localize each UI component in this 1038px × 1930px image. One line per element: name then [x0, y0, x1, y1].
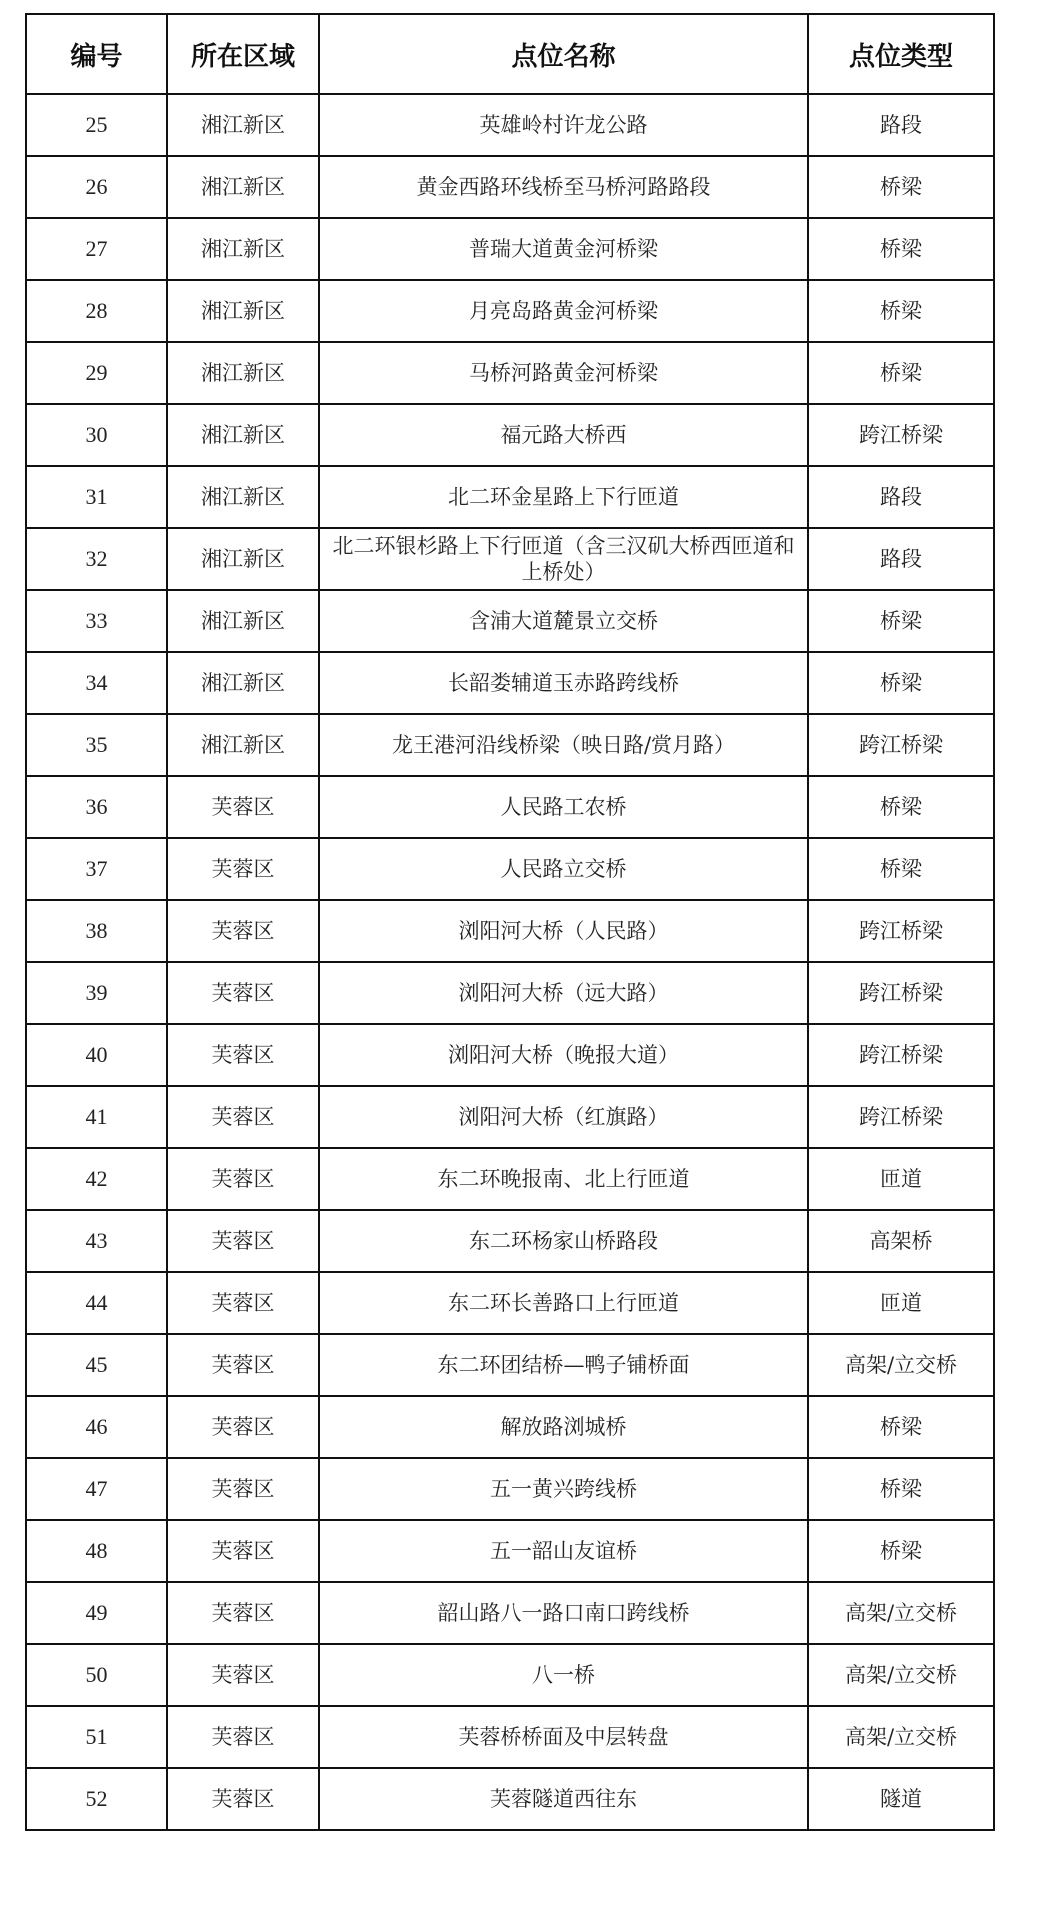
- cell-district: 芙蓉区: [167, 1396, 319, 1458]
- monitoring-points-table: 编号 所在区域 点位名称 点位类型 25湘江新区英雄岭村许龙公路路段26湘江新区…: [25, 13, 995, 1831]
- table-row: 38芙蓉区浏阳河大桥（人民路）跨江桥梁: [26, 900, 994, 962]
- table-row: 49芙蓉区韶山路八一路口南口跨线桥高架/立交桥: [26, 1582, 994, 1644]
- cell-id: 38: [26, 900, 167, 962]
- cell-district: 芙蓉区: [167, 838, 319, 900]
- cell-point-type: 桥梁: [808, 156, 994, 218]
- cell-point-name: 人民路立交桥: [319, 838, 808, 900]
- cell-district: 芙蓉区: [167, 900, 319, 962]
- cell-id: 49: [26, 1582, 167, 1644]
- cell-district: 湘江新区: [167, 280, 319, 342]
- cell-id: 43: [26, 1210, 167, 1272]
- cell-point-name: 北二环银杉路上下行匝道（含三汉矶大桥西匝道和上桥处）: [319, 528, 808, 590]
- cell-district: 芙蓉区: [167, 1520, 319, 1582]
- table-row: 35湘江新区龙王港河沿线桥梁（映日路/赏月路）跨江桥梁: [26, 714, 994, 776]
- table-row: 48芙蓉区五一韶山友谊桥桥梁: [26, 1520, 994, 1582]
- cell-point-name: 长韶娄辅道玉赤路跨线桥: [319, 652, 808, 714]
- cell-point-type: 高架/立交桥: [808, 1706, 994, 1768]
- table-row: 33湘江新区含浦大道麓景立交桥桥梁: [26, 590, 994, 652]
- header-point-name: 点位名称: [319, 14, 808, 94]
- cell-point-name: 浏阳河大桥（人民路）: [319, 900, 808, 962]
- cell-point-type: 桥梁: [808, 590, 994, 652]
- cell-district: 湘江新区: [167, 404, 319, 466]
- cell-point-type: 高架/立交桥: [808, 1644, 994, 1706]
- cell-id: 25: [26, 94, 167, 156]
- table-header: 编号 所在区域 点位名称 点位类型: [26, 14, 994, 94]
- cell-point-type: 跨江桥梁: [808, 714, 994, 776]
- cell-point-name: 浏阳河大桥（红旗路）: [319, 1086, 808, 1148]
- table-row: 44芙蓉区东二环长善路口上行匝道匝道: [26, 1272, 994, 1334]
- cell-id: 34: [26, 652, 167, 714]
- cell-point-name: 东二环团结桥—鸭子铺桥面: [319, 1334, 808, 1396]
- cell-point-name: 芙蓉桥桥面及中层转盘: [319, 1706, 808, 1768]
- table-row: 29湘江新区马桥河路黄金河桥梁桥梁: [26, 342, 994, 404]
- table-row: 50芙蓉区八一桥高架/立交桥: [26, 1644, 994, 1706]
- table-row: 52芙蓉区芙蓉隧道西往东隧道: [26, 1768, 994, 1830]
- table-row: 40芙蓉区浏阳河大桥（晚报大道）跨江桥梁: [26, 1024, 994, 1086]
- cell-point-type: 跨江桥梁: [808, 1086, 994, 1148]
- cell-id: 36: [26, 776, 167, 838]
- cell-point-name: 浏阳河大桥（晚报大道）: [319, 1024, 808, 1086]
- header-point-type: 点位类型: [808, 14, 994, 94]
- cell-id: 40: [26, 1024, 167, 1086]
- cell-district: 湘江新区: [167, 156, 319, 218]
- cell-point-type: 桥梁: [808, 776, 994, 838]
- table-row: 41芙蓉区浏阳河大桥（红旗路）跨江桥梁: [26, 1086, 994, 1148]
- cell-point-type: 跨江桥梁: [808, 962, 994, 1024]
- cell-point-type: 跨江桥梁: [808, 404, 994, 466]
- cell-id: 48: [26, 1520, 167, 1582]
- cell-point-name: 月亮岛路黄金河桥梁: [319, 280, 808, 342]
- cell-point-type: 桥梁: [808, 280, 994, 342]
- cell-district: 湘江新区: [167, 590, 319, 652]
- cell-district: 芙蓉区: [167, 1768, 319, 1830]
- table-row: 45芙蓉区东二环团结桥—鸭子铺桥面高架/立交桥: [26, 1334, 994, 1396]
- table-row: 31湘江新区北二环金星路上下行匝道路段: [26, 466, 994, 528]
- table-row: 36芙蓉区人民路工农桥桥梁: [26, 776, 994, 838]
- cell-district: 湘江新区: [167, 714, 319, 776]
- cell-point-name: 八一桥: [319, 1644, 808, 1706]
- cell-district: 芙蓉区: [167, 1644, 319, 1706]
- table-row: 25湘江新区英雄岭村许龙公路路段: [26, 94, 994, 156]
- cell-point-name: 五一黄兴跨线桥: [319, 1458, 808, 1520]
- table-row: 42芙蓉区东二环晚报南、北上行匝道匝道: [26, 1148, 994, 1210]
- cell-point-type: 桥梁: [808, 1458, 994, 1520]
- cell-point-name: 五一韶山友谊桥: [319, 1520, 808, 1582]
- header-row: 编号 所在区域 点位名称 点位类型: [26, 14, 994, 94]
- cell-point-name: 东二环长善路口上行匝道: [319, 1272, 808, 1334]
- cell-id: 47: [26, 1458, 167, 1520]
- cell-district: 湘江新区: [167, 528, 319, 590]
- cell-point-name: 普瑞大道黄金河桥梁: [319, 218, 808, 280]
- cell-point-type: 隧道: [808, 1768, 994, 1830]
- cell-id: 42: [26, 1148, 167, 1210]
- table-row: 51芙蓉区芙蓉桥桥面及中层转盘高架/立交桥: [26, 1706, 994, 1768]
- table-row: 47芙蓉区五一黄兴跨线桥桥梁: [26, 1458, 994, 1520]
- table-row: 43芙蓉区东二环杨家山桥路段高架桥: [26, 1210, 994, 1272]
- cell-point-name: 英雄岭村许龙公路: [319, 94, 808, 156]
- cell-point-name: 马桥河路黄金河桥梁: [319, 342, 808, 404]
- cell-id: 50: [26, 1644, 167, 1706]
- cell-point-type: 桥梁: [808, 652, 994, 714]
- cell-point-type: 匝道: [808, 1272, 994, 1334]
- cell-district: 芙蓉区: [167, 962, 319, 1024]
- cell-point-type: 高架/立交桥: [808, 1582, 994, 1644]
- table-row: 37芙蓉区人民路立交桥桥梁: [26, 838, 994, 900]
- cell-point-type: 路段: [808, 94, 994, 156]
- cell-id: 35: [26, 714, 167, 776]
- cell-district: 湘江新区: [167, 652, 319, 714]
- cell-id: 39: [26, 962, 167, 1024]
- cell-point-type: 桥梁: [808, 1396, 994, 1458]
- cell-district: 湘江新区: [167, 94, 319, 156]
- cell-point-name: 北二环金星路上下行匝道: [319, 466, 808, 528]
- cell-point-name: 福元路大桥西: [319, 404, 808, 466]
- cell-district: 芙蓉区: [167, 776, 319, 838]
- cell-id: 26: [26, 156, 167, 218]
- cell-district: 湘江新区: [167, 466, 319, 528]
- table-row: 30湘江新区福元路大桥西跨江桥梁: [26, 404, 994, 466]
- cell-point-name: 东二环杨家山桥路段: [319, 1210, 808, 1272]
- table-row: 26湘江新区黄金西路环线桥至马桥河路路段桥梁: [26, 156, 994, 218]
- cell-point-type: 跨江桥梁: [808, 1024, 994, 1086]
- cell-id: 46: [26, 1396, 167, 1458]
- table-row: 39芙蓉区浏阳河大桥（远大路）跨江桥梁: [26, 962, 994, 1024]
- cell-id: 44: [26, 1272, 167, 1334]
- cell-id: 45: [26, 1334, 167, 1396]
- cell-id: 33: [26, 590, 167, 652]
- cell-id: 28: [26, 280, 167, 342]
- table-row: 34湘江新区长韶娄辅道玉赤路跨线桥桥梁: [26, 652, 994, 714]
- cell-point-name: 解放路浏城桥: [319, 1396, 808, 1458]
- cell-district: 芙蓉区: [167, 1272, 319, 1334]
- cell-district: 芙蓉区: [167, 1334, 319, 1396]
- cell-id: 31: [26, 466, 167, 528]
- cell-id: 29: [26, 342, 167, 404]
- cell-point-name: 韶山路八一路口南口跨线桥: [319, 1582, 808, 1644]
- cell-district: 芙蓉区: [167, 1210, 319, 1272]
- cell-id: 32: [26, 528, 167, 590]
- cell-district: 芙蓉区: [167, 1086, 319, 1148]
- table-body: 25湘江新区英雄岭村许龙公路路段26湘江新区黄金西路环线桥至马桥河路路段桥梁27…: [26, 94, 994, 1830]
- cell-point-name: 浏阳河大桥（远大路）: [319, 962, 808, 1024]
- cell-district: 芙蓉区: [167, 1458, 319, 1520]
- cell-district: 湘江新区: [167, 218, 319, 280]
- cell-point-name: 含浦大道麓景立交桥: [319, 590, 808, 652]
- cell-district: 芙蓉区: [167, 1582, 319, 1644]
- cell-id: 30: [26, 404, 167, 466]
- cell-point-type: 高架桥: [808, 1210, 994, 1272]
- cell-point-name: 龙王港河沿线桥梁（映日路/赏月路）: [319, 714, 808, 776]
- cell-point-type: 桥梁: [808, 218, 994, 280]
- cell-id: 41: [26, 1086, 167, 1148]
- cell-point-type: 匝道: [808, 1148, 994, 1210]
- cell-id: 52: [26, 1768, 167, 1830]
- table-row: 28湘江新区月亮岛路黄金河桥梁桥梁: [26, 280, 994, 342]
- cell-point-name: 芙蓉隧道西往东: [319, 1768, 808, 1830]
- cell-id: 51: [26, 1706, 167, 1768]
- header-district: 所在区域: [167, 14, 319, 94]
- cell-id: 27: [26, 218, 167, 280]
- cell-point-type: 路段: [808, 528, 994, 590]
- table-row: 46芙蓉区解放路浏城桥桥梁: [26, 1396, 994, 1458]
- cell-district: 芙蓉区: [167, 1024, 319, 1086]
- cell-point-type: 高架/立交桥: [808, 1334, 994, 1396]
- cell-point-type: 桥梁: [808, 1520, 994, 1582]
- cell-point-type: 跨江桥梁: [808, 900, 994, 962]
- cell-point-name: 东二环晚报南、北上行匝道: [319, 1148, 808, 1210]
- table-row: 27湘江新区普瑞大道黄金河桥梁桥梁: [26, 218, 994, 280]
- table-row: 32湘江新区北二环银杉路上下行匝道（含三汉矶大桥西匝道和上桥处）路段: [26, 528, 994, 590]
- cell-point-type: 路段: [808, 466, 994, 528]
- cell-point-type: 桥梁: [808, 342, 994, 404]
- cell-point-type: 桥梁: [808, 838, 994, 900]
- cell-id: 37: [26, 838, 167, 900]
- header-id: 编号: [26, 14, 167, 94]
- cell-point-name: 黄金西路环线桥至马桥河路路段: [319, 156, 808, 218]
- cell-district: 芙蓉区: [167, 1148, 319, 1210]
- cell-district: 湘江新区: [167, 342, 319, 404]
- cell-district: 芙蓉区: [167, 1706, 319, 1768]
- cell-point-name: 人民路工农桥: [319, 776, 808, 838]
